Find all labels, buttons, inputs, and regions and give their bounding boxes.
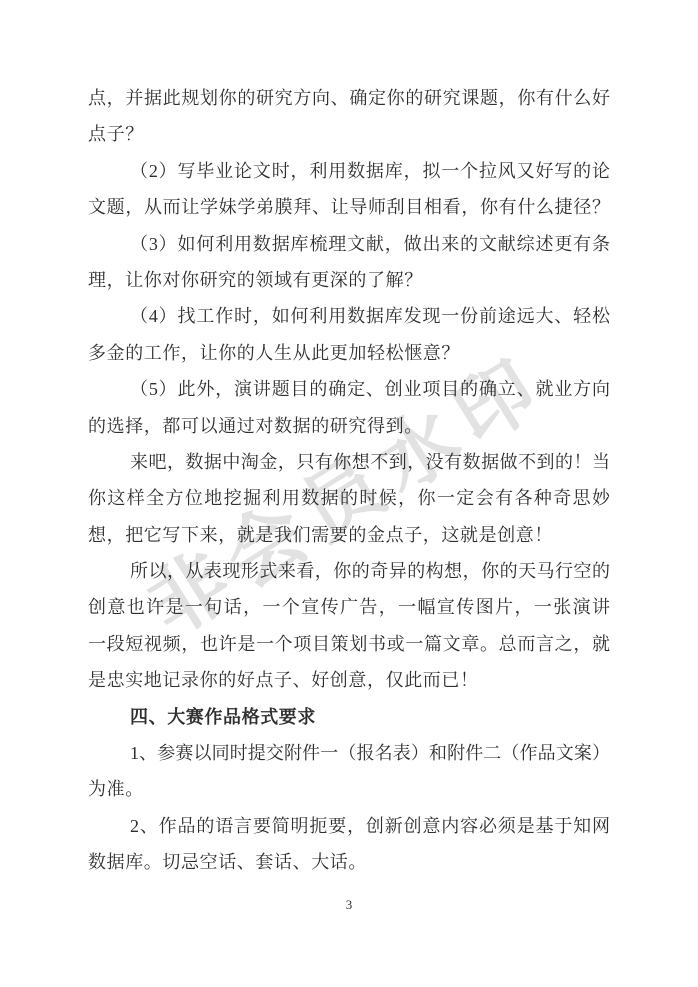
doc-line: 的选择，都可以通过对数据的研究得到。 bbox=[88, 408, 610, 444]
document-page: 非会员水印 点，并据此规划你的研究方向、确定你的研究课题，你有什么好 点子？ （… bbox=[0, 0, 698, 987]
document-body: 点，并据此规划你的研究方向、确定你的研究课题，你有什么好 点子？ （2）写毕业论… bbox=[88, 80, 610, 881]
doc-line: （2）写毕业论文时，利用数据库，拟一个拉风又好写的论 bbox=[88, 153, 610, 189]
doc-line: 点，并据此规划你的研究方向、确定你的研究课题，你有什么好 bbox=[88, 80, 610, 116]
page-number: 3 bbox=[0, 897, 698, 913]
doc-line: 是忠实地记录你的好点子、好创意，仅此而已！ bbox=[88, 662, 610, 698]
doc-line: （4）找工作时，如何利用数据库发现一份前途远大、轻松 bbox=[88, 298, 610, 334]
doc-line: 点子？ bbox=[88, 116, 610, 152]
doc-line: 多金的工作，让你的人生从此更加轻松惬意？ bbox=[88, 335, 610, 371]
section-heading: 四、大赛作品格式要求 bbox=[88, 699, 610, 735]
doc-line: （5）此外，演讲题目的确定、创业项目的确立、就业方向 bbox=[88, 371, 610, 407]
doc-line: 1、参赛以同时提交附件一（报名表）和附件二（作品文案） bbox=[88, 735, 610, 771]
doc-line: （3）如何利用数据库梳理文献，做出来的文献综述更有条 bbox=[88, 226, 610, 262]
doc-line: 一段短视频，也许是一个项目策划书或一篇文章。总而言之，就 bbox=[88, 626, 610, 662]
doc-line: 理，让你对你研究的领域有更深的了解？ bbox=[88, 262, 610, 298]
doc-line: 数据库。切忌空话、套话、大话。 bbox=[88, 844, 610, 880]
doc-line: 来吧，数据中淘金，只有你想不到，没有数据做不到的！当 bbox=[88, 444, 610, 480]
doc-line: 所以，从表现形式来看，你的奇异的构想，你的天马行空的 bbox=[88, 553, 610, 589]
doc-line: 文题，从而让学妹学弟膜拜、让导师刮目相看，你有什么捷径？ bbox=[88, 189, 610, 225]
doc-line: 你这样全方位地挖掘利用数据的时候，你一定会有各种奇思妙 bbox=[88, 480, 610, 516]
doc-line: 2、作品的语言要简明扼要，创新创意内容必须是基于知网 bbox=[88, 808, 610, 844]
doc-line: 创意也许是一句话，一个宣传广告，一幅宣传图片，一张演讲PPT， bbox=[88, 589, 610, 625]
doc-line: 为准。 bbox=[88, 771, 610, 807]
doc-line: 想，把它写下来，就是我们需要的金点子，这就是创意！ bbox=[88, 517, 610, 553]
